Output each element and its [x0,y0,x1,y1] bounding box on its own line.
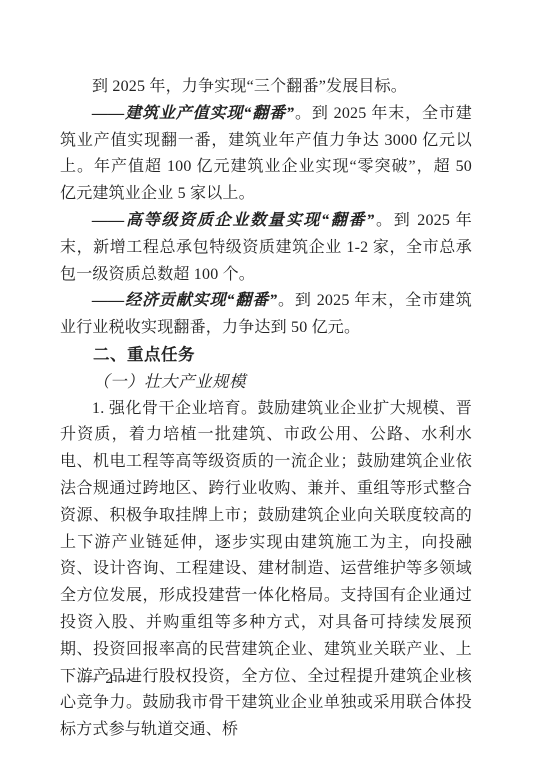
paragraph-output-double: ——建筑业产值实现“翻番”。到 2025 年末，全市建筑业产值实现翻一番，建筑业… [60,101,472,208]
page-number: — 2 — [82,668,139,690]
paragraph-qualification-double: ——高等级资质企业数量实现“翻番”。到 2025 年末，新增工程总承包特级资质建… [60,208,472,288]
paragraph-economy-double-lead: ——经济贡献实现“翻番” [92,292,277,309]
paragraph-qualification-double-lead: ——高等级资质企业数量实现“翻番” [92,212,375,229]
paragraph-task-1-lead: 1. 强化骨干企业培育。 [92,400,258,417]
paragraph-task-1: 1. 强化骨干企业培育。鼓励建筑业企业扩大规模、晋升资质，着力培植一批建筑、市政… [60,396,472,744]
document-page: 到 2025 年，力争实现“三个翻番”发展目标。 ——建筑业产值实现“翻番”。到… [0,0,539,758]
document-body: 到 2025 年，力争实现“三个翻番”发展目标。 ——建筑业产值实现“翻番”。到… [60,74,472,744]
paragraph-goal: 到 2025 年，力争实现“三个翻番”发展目标。 [60,74,472,101]
section-heading-key-tasks: 二、重点任务 [60,342,472,369]
paragraph-economy-double: ——经济贡献实现“翻番”。到 2025 年末，全市建筑业行业税收实现翻番，力争达… [60,288,472,342]
subsection-heading-industry-scale: （一）壮大产业规模 [60,369,472,396]
paragraph-output-double-lead: ——建筑业产值实现“翻番” [92,105,294,122]
